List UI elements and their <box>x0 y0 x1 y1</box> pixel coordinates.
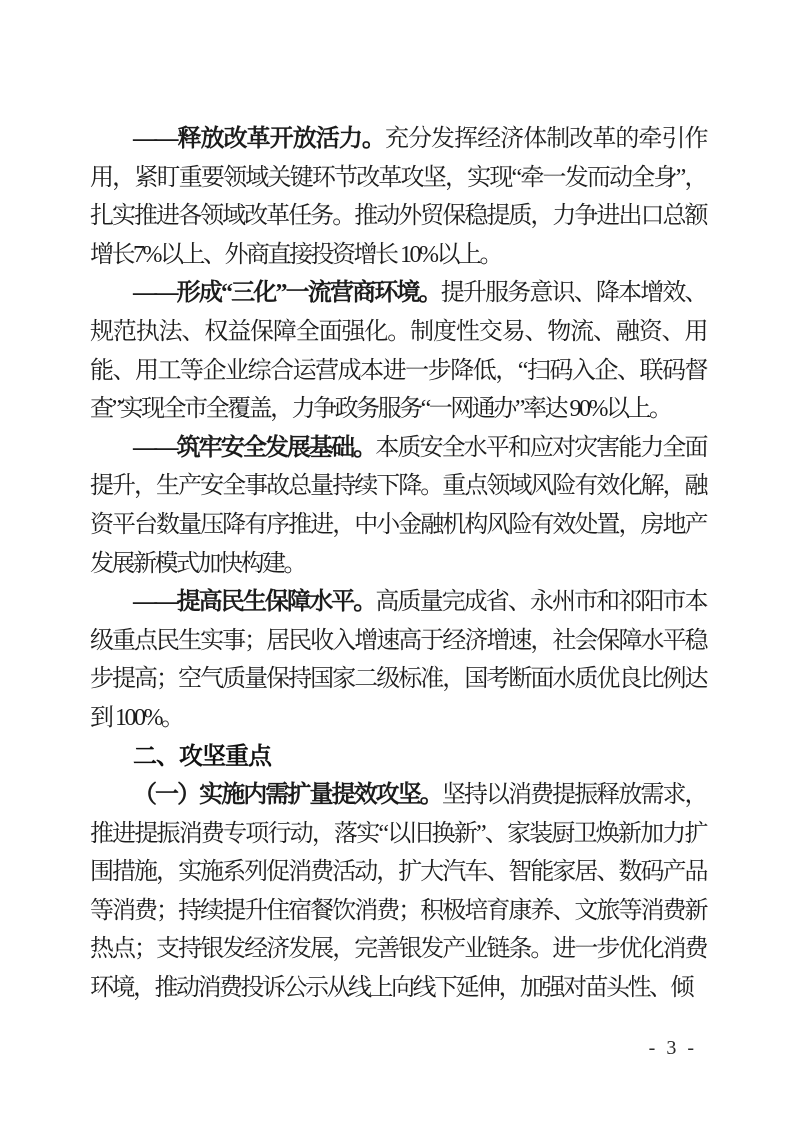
dash-paragraph-livelihood: ——提高民生保障水平。高质量完成省、永州市和祁阳市本级重点民生实事；居民收入增速… <box>90 583 706 737</box>
dash-paragraph-reform-lead: ——释放改革开放活力。 <box>133 126 385 152</box>
document-page: ——释放改革开放活力。充分发挥经济体制改革的牵引作用，紧盯重要领域关键环节改革攻… <box>0 0 793 1122</box>
numbered-paragraph-domestic-demand: （一）实施内需扩量提效攻坚。坚持以消费提振释放需求，推进提振消费专项行动，落实“… <box>90 776 706 1008</box>
dash-paragraph-business-environment: ——形成“三化”一流营商环境。提升服务意识、降本增效、规范执法、权益保障全面强化… <box>90 274 706 428</box>
section-heading: 二、攻坚重点 <box>90 738 706 777</box>
dash-paragraph-safety: ——筑牢安全发展基础。本质安全水平和应对灾害能力全面提升，生产安全事故总量持续下… <box>90 429 706 583</box>
dash-paragraph-livelihood-lead: ——提高民生保障水平。 <box>133 589 375 615</box>
dash-paragraph-reform: ——释放改革开放活力。充分发挥经济体制改革的牵引作用，紧盯重要领域关键环节改革攻… <box>90 120 706 274</box>
page-number: - 3 - <box>649 1036 697 1060</box>
numbered-paragraph-domestic-demand-lead: （一）实施内需扩量提效攻坚。 <box>133 782 442 808</box>
dash-paragraph-safety-lead: ——筑牢安全发展基础。 <box>133 435 375 461</box>
dash-paragraph-business-environment-lead: ——形成“三化”一流营商环境。 <box>133 280 441 306</box>
document-body: ——释放改革开放活力。充分发挥经济体制改革的牵引作用，紧盯重要领域关键环节改革攻… <box>90 120 706 1008</box>
numbered-paragraph-domestic-demand-body: 坚持以消费提振释放需求，推进提振消费专项行动，落实“以旧换新”、家装厨卫焕新加力… <box>90 782 706 1001</box>
